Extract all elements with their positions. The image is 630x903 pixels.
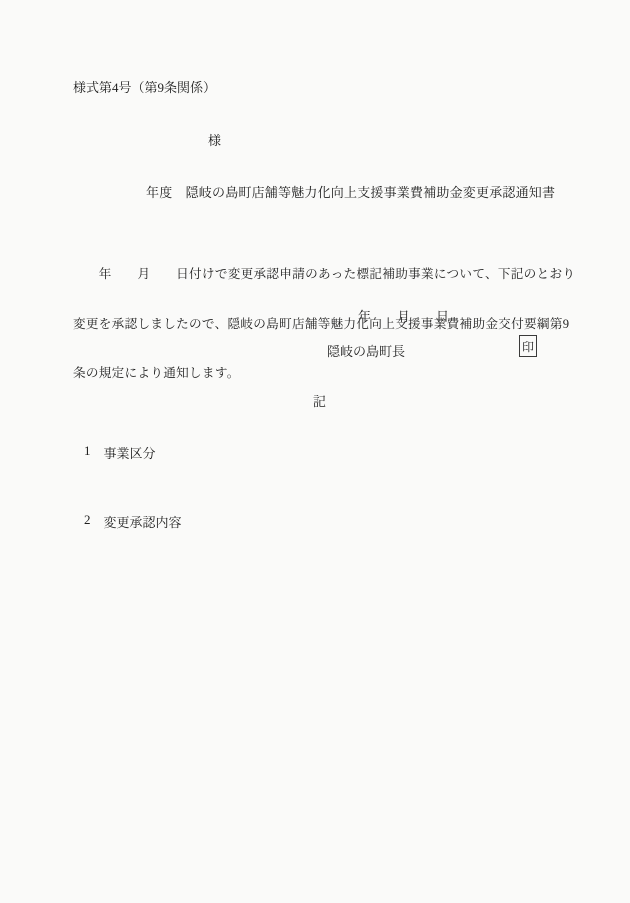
list-item-change-approval-content: 2 変更承認内容 <box>84 512 182 531</box>
document-page: 様式第4号（第9条関係） 様 年度 隠岐の島町店舗等魅力化向上支援事業費補助金変… <box>0 0 630 903</box>
body-line: 変更を承認しましたので、隠岐の島町店舗等魅力化向上支援事業費補助金交付要綱第9 <box>73 315 573 335</box>
addressee-honorific: 様 <box>208 130 221 149</box>
list-item-business-category: 1 事業区分 <box>84 443 156 462</box>
seal-mark: 印 <box>522 338 534 355</box>
item-number: 2 <box>84 512 91 531</box>
document-title: 年度 隠岐の島町店舗等魅力化向上支援事業費補助金変更承認通知書 <box>146 182 555 201</box>
record-heading: 記 <box>313 391 326 410</box>
item-label: 変更承認内容 <box>104 512 182 531</box>
item-number: 1 <box>84 443 91 462</box>
issuer-title: 隠岐の島町長 <box>327 341 405 360</box>
form-number: 様式第4号（第9条関係） <box>73 77 216 96</box>
body-line: 条の規定により通知します。 <box>73 364 573 384</box>
body-line: 年 月 日付けで変更承認申請のあった標記補助事業について、下記のとおり <box>73 265 573 285</box>
seal-box: 印 <box>519 335 537 357</box>
issue-date-placeholder: 年 月 日 <box>358 306 449 325</box>
body-paragraph: 年 月 日付けで変更承認申請のあった標記補助事業について、下記のとおり 変更を承… <box>73 235 573 414</box>
item-label: 事業区分 <box>104 443 156 462</box>
